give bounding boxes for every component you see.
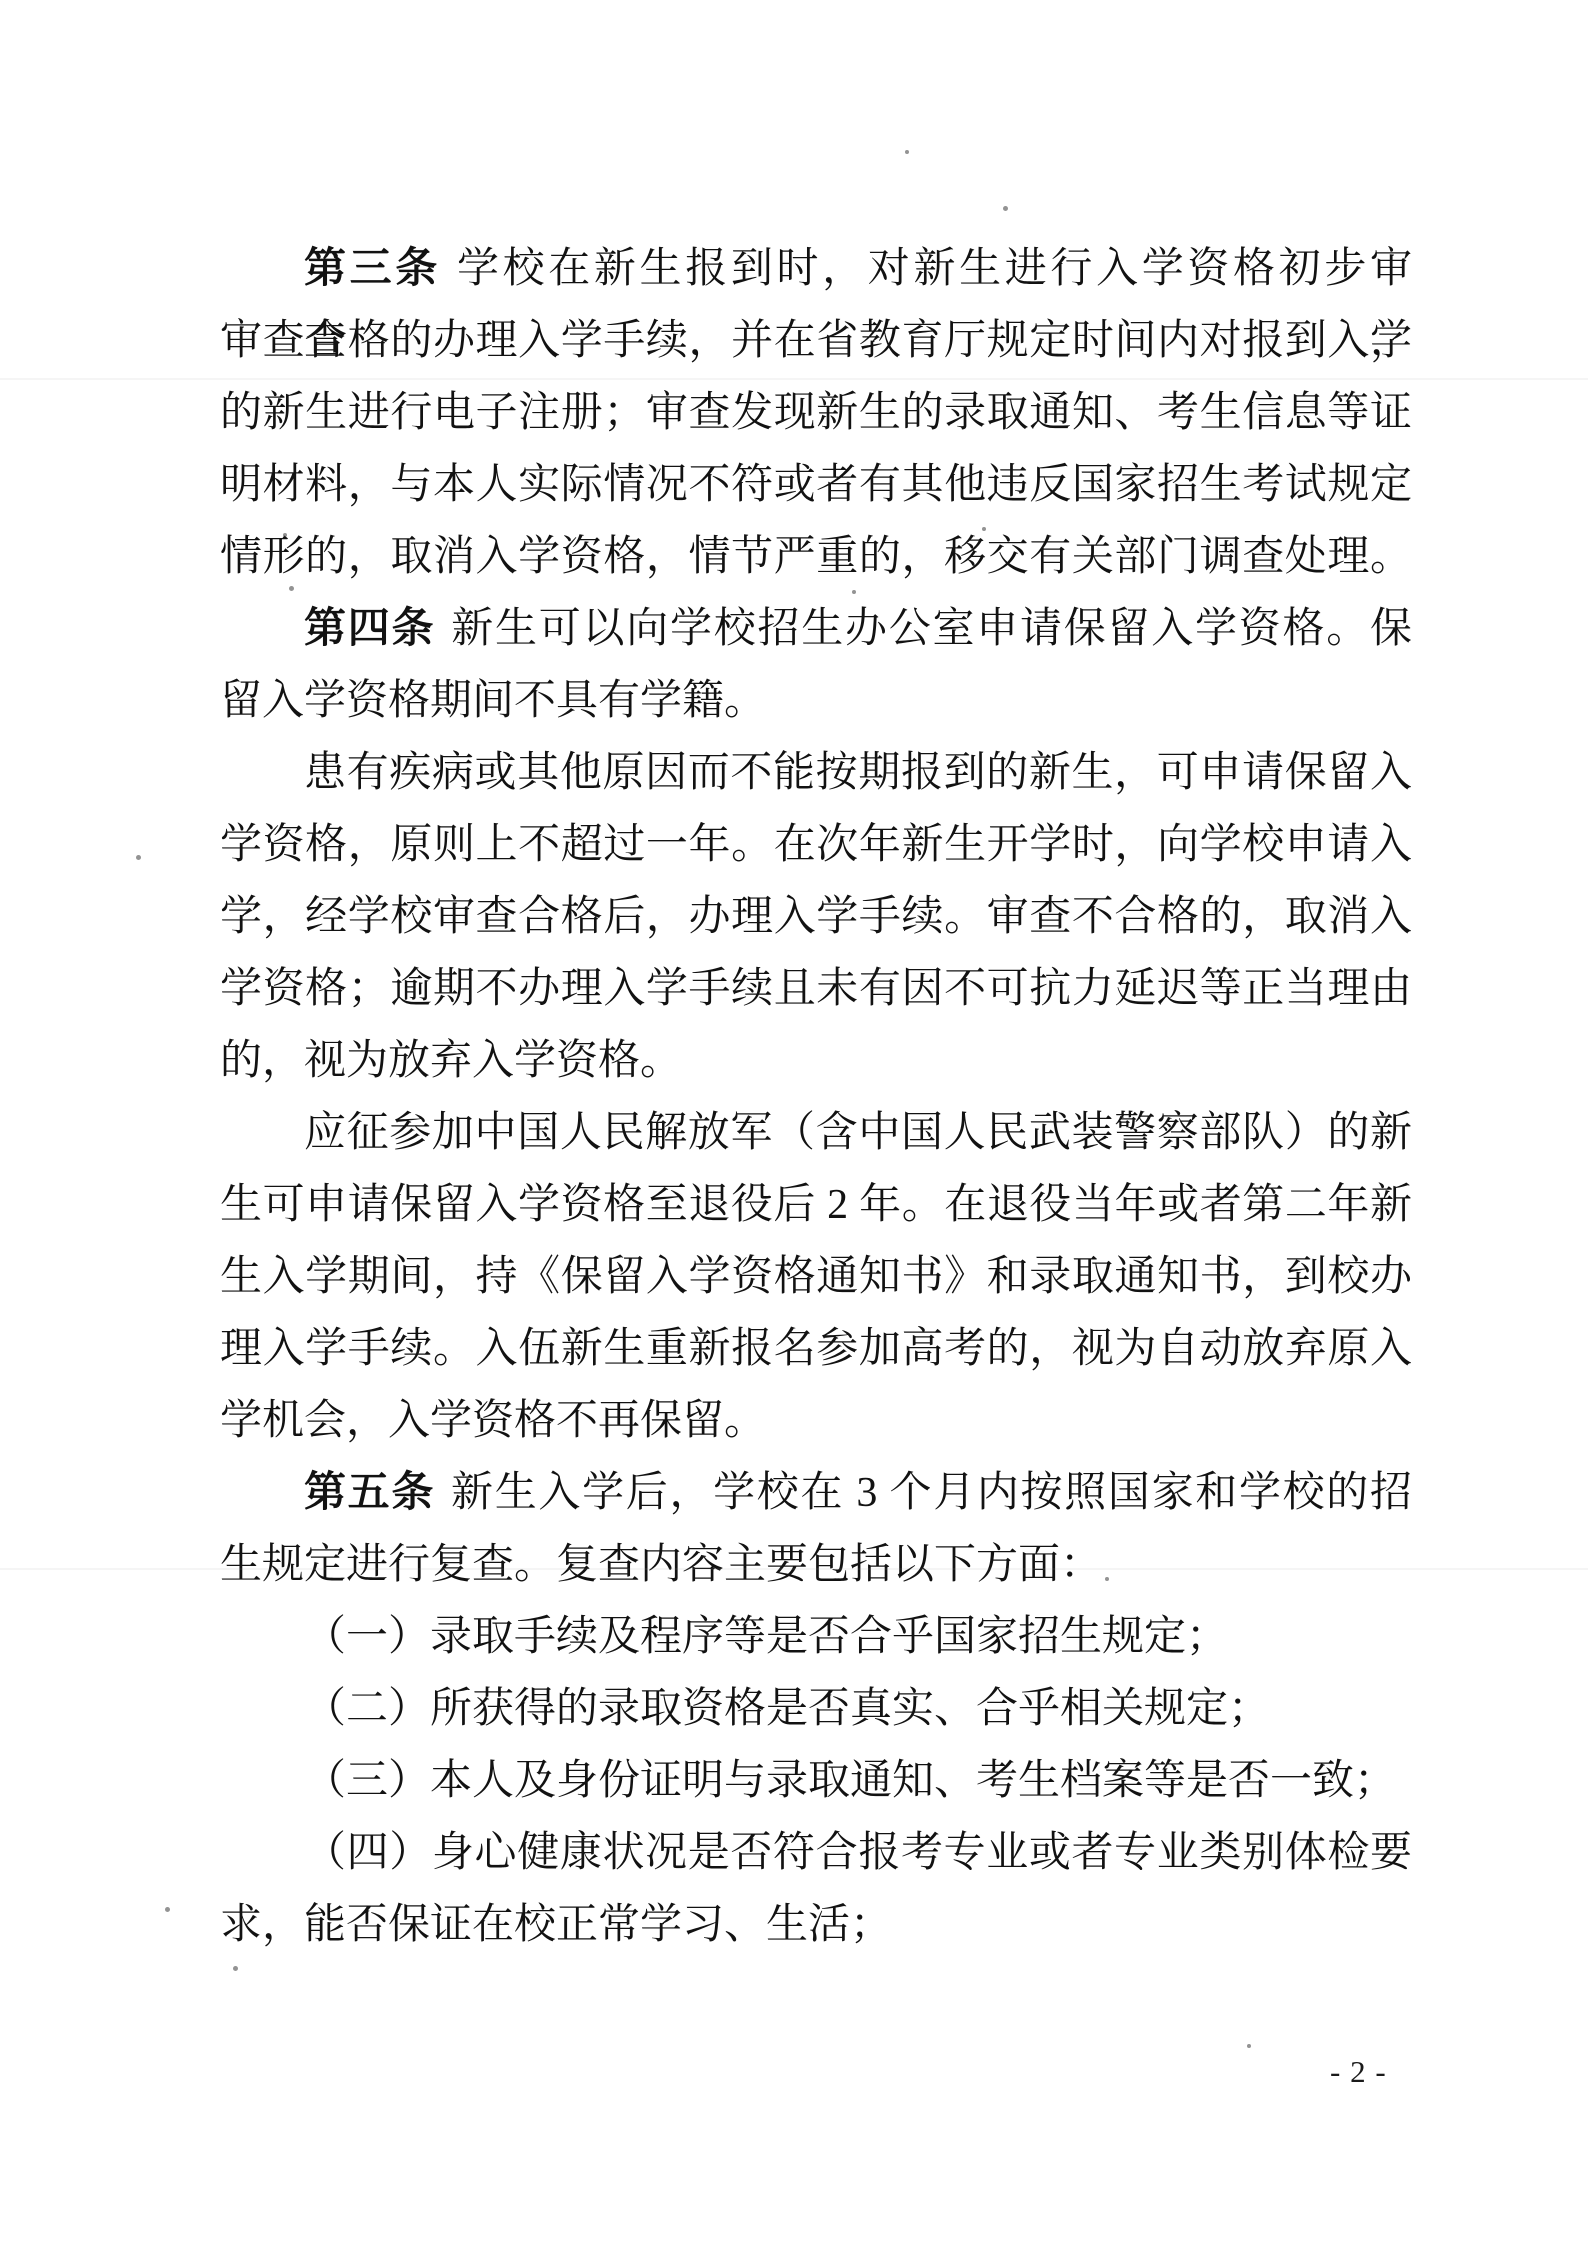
text-line: 的，视为放弃入学资格。 bbox=[220, 1025, 1412, 1097]
line-text: 求，能否保证在校正常学习、生活； bbox=[220, 1902, 892, 1948]
line-text: 明材料，与本人实际情况不符或者有其他违反国家招生考试规定 bbox=[220, 462, 1412, 508]
article-number: 第五条 bbox=[304, 1470, 435, 1516]
text-line: 求，能否保证在校正常学习、生活； bbox=[220, 1889, 1412, 1961]
scan-speck bbox=[233, 1966, 238, 1971]
text-line: 学，经学校审查合格后，办理入学手续。审查不合格的，取消入 bbox=[220, 881, 1412, 953]
line-text: 生可申请保留入学资格至退役后 2 年。在退役当年或者第二年新 bbox=[220, 1182, 1412, 1228]
text-line: 明材料，与本人实际情况不符或者有其他违反国家招生考试规定 bbox=[220, 449, 1412, 521]
text-line: 留入学资格期间不具有学籍。 bbox=[220, 665, 1412, 737]
text-line: （三）本人及身份证明与录取通知、考生档案等是否一致； bbox=[220, 1745, 1412, 1817]
scan-streak bbox=[0, 378, 1588, 380]
line-text: 的新生进行电子注册；审查发现新生的录取通知、考生信息等证 bbox=[220, 390, 1412, 436]
scan-speck bbox=[1247, 2044, 1251, 2048]
text-line: 学资格；逾期不办理入学手续且未有因不可抗力延迟等正当理由 bbox=[220, 953, 1412, 1025]
scan-speck bbox=[289, 586, 294, 591]
text-line: 生规定进行复查。复查内容主要包括以下方面： bbox=[220, 1529, 1412, 1601]
text-line: 审查合格的办理入学手续，并在省教育厅规定时间内对报到入学 bbox=[220, 305, 1412, 377]
article-number: 第三条 bbox=[304, 246, 441, 292]
scan-speck bbox=[136, 855, 141, 860]
line-text: 留入学资格期间不具有学籍。 bbox=[220, 678, 766, 724]
line-text: 生规定进行复查。复查内容主要包括以下方面： bbox=[220, 1542, 1102, 1588]
scan-speck bbox=[1105, 1577, 1109, 1581]
line-text: （二）所获得的录取资格是否真实、合乎相关规定； bbox=[304, 1686, 1270, 1732]
line-text: （一）录取手续及程序等是否合乎国家招生规定； bbox=[304, 1614, 1228, 1660]
line-text: 理入学手续。入伍新生重新报名参加高考的，视为自动放弃原入 bbox=[220, 1326, 1412, 1372]
scan-speck bbox=[905, 150, 909, 154]
text-line: 患有疾病或其他原因而不能按期报到的新生，可申请保留入 bbox=[220, 737, 1412, 809]
text-line: （四）身心健康状况是否符合报考专业或者专业类别体检要 bbox=[220, 1817, 1412, 1889]
text-line: 第五条新生入学后，学校在 3 个月内按照国家和学校的招 bbox=[220, 1457, 1412, 1529]
text-line: 学机会，入学资格不再保留。 bbox=[220, 1385, 1412, 1457]
line-text: 学，经学校审查合格后，办理入学手续。审查不合格的，取消入 bbox=[220, 894, 1412, 940]
line-text: 学资格，原则上不超过一年。在次年新生开学时，向学校申请入 bbox=[220, 822, 1412, 868]
scan-streak bbox=[0, 1568, 1588, 1570]
line-text: 情形的，取消入学资格，情节严重的，移交有关部门调查处理。 bbox=[220, 534, 1412, 580]
line-text: （三）本人及身份证明与录取通知、考生档案等是否一致； bbox=[304, 1758, 1396, 1804]
line-text: 患有疾病或其他原因而不能按期报到的新生，可申请保留入 bbox=[304, 750, 1412, 796]
text-line: 生入学期间，持《保留入学资格通知书》和录取通知书，到校办 bbox=[220, 1241, 1412, 1313]
line-text: 应征参加中国人民解放军（含中国人民武装警察部队）的新 bbox=[304, 1110, 1412, 1156]
line-text: 学资格；逾期不办理入学手续且未有因不可抗力延迟等正当理由 bbox=[220, 966, 1412, 1012]
scan-speck bbox=[1003, 206, 1008, 211]
text-line: 应征参加中国人民解放军（含中国人民武装警察部队）的新 bbox=[220, 1097, 1412, 1169]
scan-speck bbox=[852, 590, 856, 594]
text-line: （二）所获得的录取资格是否真实、合乎相关规定； bbox=[220, 1673, 1412, 1745]
article-number: 第四条 bbox=[304, 606, 435, 652]
text-line: 第四条新生可以向学校招生办公室申请保留入学资格。保 bbox=[220, 593, 1412, 665]
line-text: 审查合格的办理入学手续，并在省教育厅规定时间内对报到入学 bbox=[220, 318, 1412, 364]
scan-speck bbox=[982, 527, 986, 531]
line-text: （四）身心健康状况是否符合报考专业或者专业类别体检要 bbox=[304, 1830, 1412, 1876]
text-line: 生可申请保留入学资格至退役后 2 年。在退役当年或者第二年新 bbox=[220, 1169, 1412, 1241]
line-text: 的，视为放弃入学资格。 bbox=[220, 1038, 682, 1084]
document-page: 第三条学校在新生报到时，对新生进行入学资格初步审查，审查合格的办理入学手续，并在… bbox=[0, 0, 1588, 2246]
text-line: 的新生进行电子注册；审查发现新生的录取通知、考生信息等证 bbox=[220, 377, 1412, 449]
line-text: 新生入学后，学校在 3 个月内按照国家和学校的招 bbox=[451, 1470, 1412, 1516]
line-text: 学机会，入学资格不再保留。 bbox=[220, 1398, 766, 1444]
text-line: 第三条学校在新生报到时，对新生进行入学资格初步审查， bbox=[220, 233, 1412, 305]
scan-speck bbox=[283, 533, 287, 537]
text-line: 理入学手续。入伍新生重新报名参加高考的，视为自动放弃原入 bbox=[220, 1313, 1412, 1385]
document-body: 第三条学校在新生报到时，对新生进行入学资格初步审查，审查合格的办理入学手续，并在… bbox=[220, 233, 1412, 1961]
text-line: 情形的，取消入学资格，情节严重的，移交有关部门调查处理。 bbox=[220, 521, 1412, 593]
scan-speck bbox=[165, 1907, 170, 1912]
text-line: 学资格，原则上不超过一年。在次年新生开学时，向学校申请入 bbox=[220, 809, 1412, 881]
line-text: 新生可以向学校招生办公室申请保留入学资格。保 bbox=[451, 606, 1412, 652]
line-text: 生入学期间，持《保留入学资格通知书》和录取通知书，到校办 bbox=[220, 1254, 1412, 1300]
text-line: （一）录取手续及程序等是否合乎国家招生规定； bbox=[220, 1601, 1412, 1673]
page-number: - 2 - bbox=[1330, 2050, 1387, 2094]
